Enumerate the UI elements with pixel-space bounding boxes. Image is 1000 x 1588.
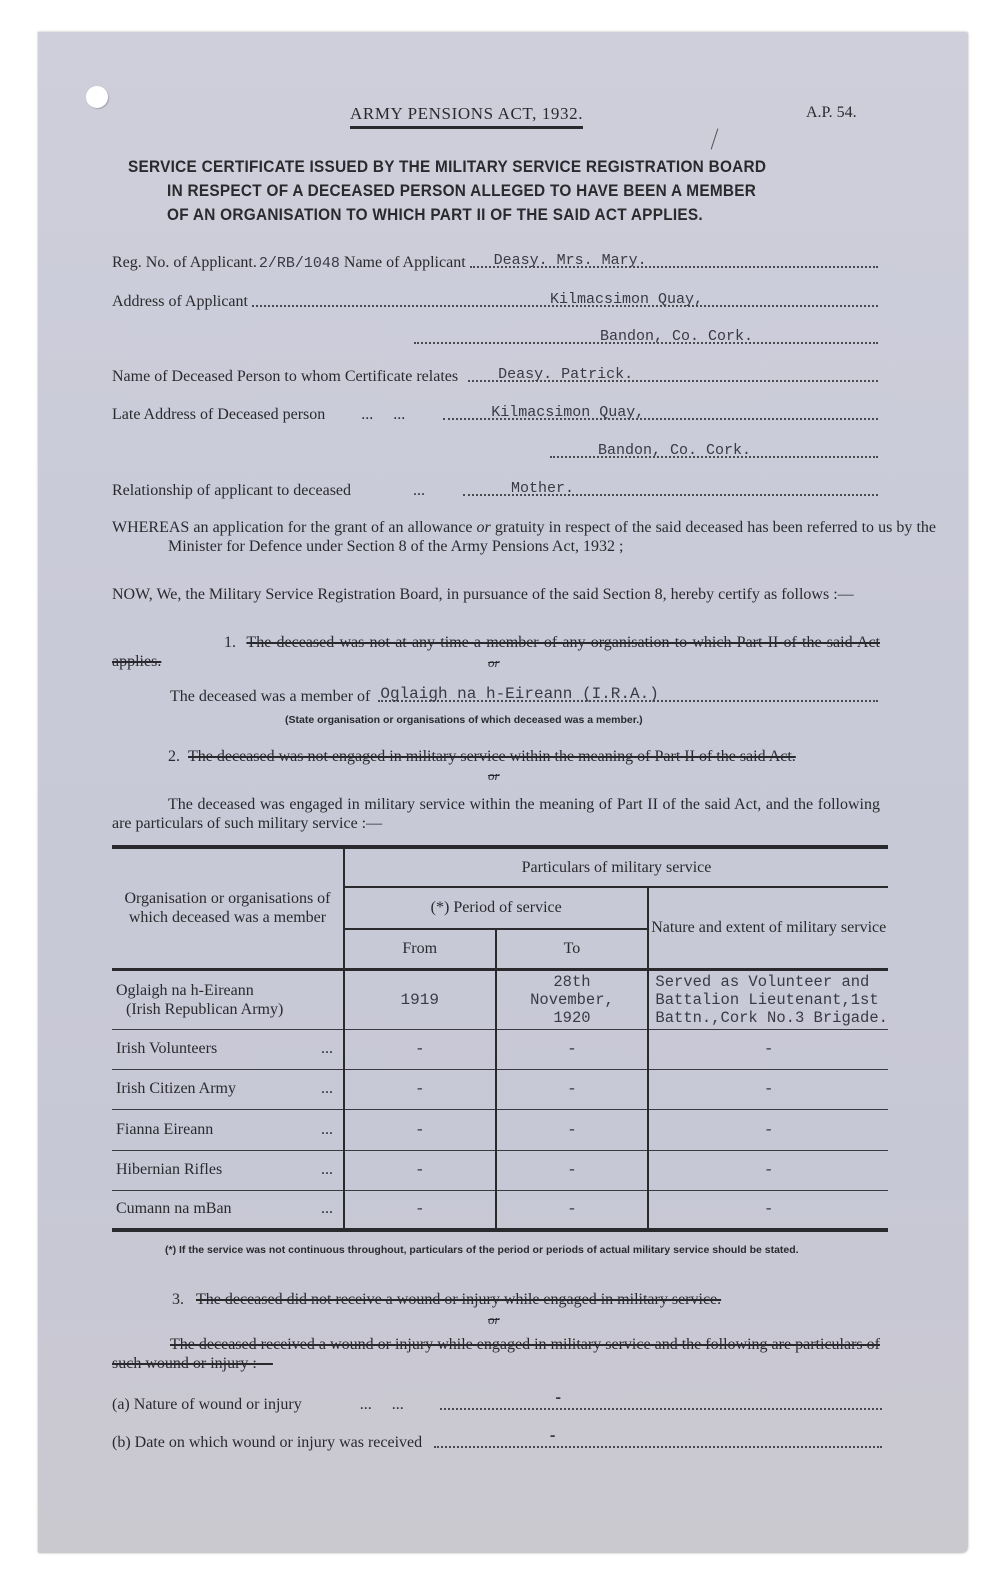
whereas-paragraph: WHEREAS an application for the grant of … [112, 518, 936, 556]
table-footnote: (*) If the service was not continuous th… [165, 1243, 867, 1257]
clause-2-or: or [488, 768, 500, 784]
reg-name-row: Reg. No. of Applicant. 2/RB/1048 Name of… [112, 250, 878, 272]
header-nature: Nature and extent of military service [648, 887, 888, 969]
org-name: Hibernian Rifles... [112, 1150, 344, 1190]
clause-3-struck-a: 3. The deceased did not receive a wound … [112, 1290, 880, 1309]
certificate-heading: SERVICE CERTIFICATE ISSUED BY THE MILITA… [128, 155, 812, 227]
org-name: Oglaigh na h-Eireann (Irish Republican A… [112, 969, 344, 1029]
now-paragraph: NOW, We, the Military Service Registrati… [112, 585, 936, 604]
table-row: Fianna Eireann... - - - [112, 1109, 888, 1150]
deceased-address-ellipsis: ... ... [361, 406, 405, 424]
clause-2-number: 2. [112, 748, 180, 765]
relationship-value: Mother. [509, 480, 576, 497]
header-organisation: Organisation or organisations of which d… [112, 847, 344, 969]
act-title: ARMY PENSIONS ACT, 1932. [350, 104, 583, 129]
header-particulars: Particulars of military service [344, 847, 888, 887]
from-value: - [344, 1029, 496, 1069]
member-of-row: The deceased was a member of Oglaigh na … [170, 684, 878, 706]
member-of-note: (State organisation or organisations of … [285, 714, 643, 726]
deceased-address-row: Late Address of Deceased person ... ... … [112, 402, 878, 424]
punch-hole [86, 86, 108, 108]
deceased-address-row-2: Bandon, Co. Cork. [550, 440, 878, 462]
header-to: To [496, 929, 649, 969]
member-of-value: Oglaigh na h-Eireann (I.R.A.) [378, 685, 660, 703]
header-period: (*) Period of service [344, 887, 648, 929]
clause-3-or: or [488, 1312, 500, 1328]
clause-3-number: 3. [112, 1291, 184, 1308]
applicant-name-label: Name of Applicant [344, 254, 466, 272]
org-name: Irish Citizen Army... [112, 1069, 344, 1109]
clause-1-or: or [488, 655, 500, 671]
applicant-address-line2: Bandon, Co. Cork. [598, 328, 755, 345]
to-value: - [496, 1109, 649, 1150]
wound-nature-value: - [552, 1390, 565, 1407]
nature-value: Served as Volunteer and Battalion Lieute… [648, 969, 888, 1029]
header-from: From [344, 929, 496, 969]
deceased-address-line1: Kilmacsimon Quay, [489, 404, 646, 421]
reg-no-value: 2/RB/1048 [259, 255, 340, 272]
applicant-address-line1: Kilmacsimon Quay, [548, 291, 705, 308]
applicant-address-label: Address of Applicant [112, 293, 248, 311]
clause-3-struck-b: The deceased received a wound or injury … [112, 1335, 880, 1373]
nature-value: - [648, 1150, 888, 1190]
wound-date-value: - [546, 1428, 559, 1445]
nature-value: - [648, 1109, 888, 1150]
wound-nature-ellipsis: ... ... [360, 1396, 404, 1414]
applicant-address-row: Address of Applicant Kilmacsimon Quay, [112, 289, 878, 311]
clause-2-struck-text: The deceased was not engaged in military… [188, 748, 796, 765]
table-row: Irish Citizen Army... - - - [112, 1069, 888, 1109]
wound-date-label: (b) Date on which wound or injury was re… [112, 1434, 422, 1452]
to-value: 28th November, 1920 [496, 969, 649, 1029]
clause-3-struck-a-text: The deceased did not receive a wound or … [196, 1291, 721, 1308]
wound-nature-row: (a) Nature of wound or injury ... ... - [112, 1392, 882, 1414]
wound-nature-label: (a) Nature of wound or injury [112, 1396, 302, 1414]
from-value: - [344, 1109, 496, 1150]
org-name: Cumann na mBan... [112, 1190, 344, 1230]
military-service-table: Organisation or organisations of which d… [112, 845, 888, 1232]
relationship-ellipsis: ... [413, 482, 425, 500]
deceased-name-label: Name of Deceased Person to whom Certific… [112, 368, 458, 386]
from-value: - [344, 1190, 496, 1230]
member-of-label: The deceased was a member of [170, 688, 370, 706]
heading-line-3: OF AN ORGANISATION TO WHICH PART II OF T… [128, 203, 812, 227]
heading-line-1: SERVICE CERTIFICATE ISSUED BY THE MILITA… [128, 155, 812, 179]
relationship-row: Relationship of applicant to deceased ..… [112, 478, 878, 500]
deceased-address-label: Late Address of Deceased person [112, 406, 325, 424]
deceased-address-line2: Bandon, Co. Cork. [596, 442, 753, 459]
form-code: A.P. 54. [806, 104, 857, 122]
heading-line-2: IN RESPECT OF A DECEASED PERSON ALLEGED … [128, 179, 812, 203]
clause-2-struck: 2. The deceased was not engaged in milit… [112, 747, 880, 766]
to-value: - [496, 1069, 649, 1109]
from-value: - [344, 1069, 496, 1109]
clause-2-affirm: The deceased was engaged in military ser… [112, 795, 880, 833]
org-name: Fianna Eireann... [112, 1109, 344, 1150]
table-row: Hibernian Rifles... - - - [112, 1150, 888, 1190]
to-value: - [496, 1150, 649, 1190]
table-row: Cumann na mBan... - - - [112, 1190, 888, 1230]
nature-value: - [648, 1029, 888, 1069]
clause-3-struck-b-text: The deceased received a wound or injury … [112, 1336, 880, 1372]
table-row: Oglaigh na h-Eireann (Irish Republican A… [112, 969, 888, 1029]
table-row: Irish Volunteers... - - - [112, 1029, 888, 1069]
from-value: 1919 [344, 969, 496, 1029]
reg-no-label: Reg. No. of Applicant. [112, 254, 257, 272]
deceased-name-row: Name of Deceased Person to whom Certific… [112, 364, 878, 386]
relationship-label: Relationship of applicant to deceased [112, 482, 351, 500]
wound-date-row: (b) Date on which wound or injury was re… [112, 1430, 882, 1452]
deceased-name-value: Deasy. Patrick. [496, 366, 635, 383]
to-value: - [496, 1190, 649, 1230]
applicant-name-value: Deasy. Mrs. Mary. [492, 252, 649, 269]
nature-value: - [648, 1190, 888, 1230]
clause-1-number: 1. [168, 634, 236, 651]
from-value: - [344, 1150, 496, 1190]
to-value: - [496, 1029, 649, 1069]
nature-value: - [648, 1069, 888, 1109]
org-name: Irish Volunteers... [112, 1029, 344, 1069]
applicant-address-row-2: Bandon, Co. Cork. [414, 326, 878, 348]
